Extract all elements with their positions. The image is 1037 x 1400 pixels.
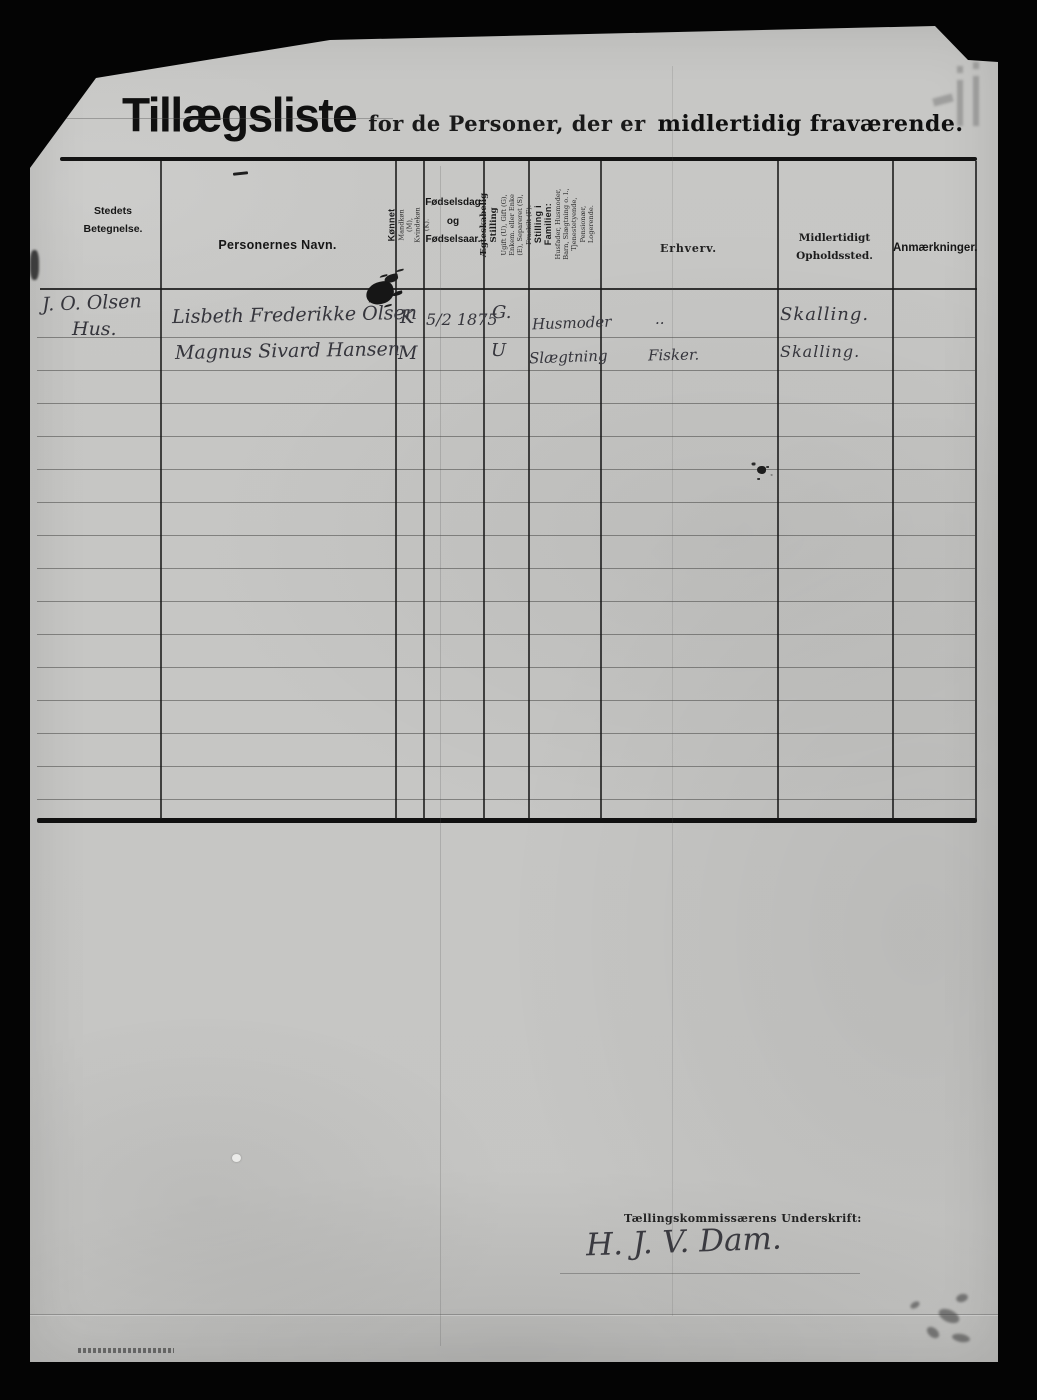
scanned-page: Tillægsliste for de Personer, der er mid… (30, 26, 998, 1362)
cell-marital-status: U (491, 340, 506, 361)
table-ruled-rows (37, 305, 975, 818)
column-line (975, 161, 977, 819)
cell-place-line2: Hus. (72, 318, 117, 340)
stray-pen-mark (233, 171, 248, 176)
cell-sex: K (400, 306, 414, 328)
header-personernes-navn: Personernes Navn. (162, 238, 393, 252)
column-line (892, 161, 894, 819)
smudge-mark (908, 1292, 983, 1356)
cell-occupation: .. (655, 310, 665, 328)
title-subtitle-bold: midlertidig fraværende. (658, 111, 964, 137)
cell-birthdate: 5/2 1875 (426, 310, 498, 329)
fold-line-vertical (672, 66, 673, 1316)
title-subtitle: for de Personer, der er (368, 111, 645, 136)
cell-sex: M (398, 342, 417, 364)
header-erhverv: Erhverv. (602, 242, 775, 255)
paper-speck (232, 1154, 241, 1162)
cell-family-position: Husmoder (532, 313, 612, 334)
signature-handwritten: H. J. V. Dam. (585, 1221, 782, 1264)
cell-name: Lisbeth Frederikke Olsen (172, 302, 417, 328)
header-konnet: Kønnet Mandkøn (M), Kvindekøn (K). (395, 161, 423, 288)
header-familie-sub: Husfader, Husmoder, Barn, Slægtning o. l… (554, 188, 595, 260)
fold-line-vertical (440, 166, 441, 1346)
cell-residence: Skalling. (780, 342, 860, 361)
cell-name: Magnus Sivard Hansen (175, 338, 400, 364)
header-aegteskabelig-stilling: Ægteskabelig Stilling Ugift (U), Gift (G… (483, 161, 528, 288)
cell-occupation: Fisker. (648, 346, 699, 365)
table-header-separator (40, 288, 977, 290)
header-midlertidigt-opholdssted: Midlertidigt Opholdssted. (779, 230, 890, 266)
smudge-mark (30, 250, 39, 280)
title-main: Tillægsliste (122, 87, 356, 143)
cell-place-line1: J. O. Olsen (42, 290, 142, 315)
header-aegteskab-label: Ægteskabelig Stilling (479, 192, 499, 256)
bleed-through-mark (933, 56, 993, 136)
header-anmaerkninger: Anmærkninger. (893, 242, 975, 254)
crease-line (58, 118, 393, 119)
header-konnet-label: Kønnet (387, 207, 397, 242)
crease-line (30, 1314, 998, 1315)
table-bottom-rule (37, 818, 977, 823)
printer-mark (78, 1348, 174, 1353)
cell-marital-status: G. (492, 302, 511, 323)
header-familie-label: Stilling i Familien: (533, 188, 553, 260)
signature-line (560, 1273, 860, 1274)
ink-splatter (757, 466, 766, 474)
column-line (160, 161, 162, 819)
header-stilling-i-familien: Stilling i Familien: Husfader, Husmoder,… (528, 161, 600, 288)
header-stedets-betegnelse: Stedets Betegnelse. (68, 202, 158, 239)
header-fodselsdag: Fødselsdag og Fødselsaar. (424, 194, 482, 250)
page-title: Tillægsliste for de Personer, der er mid… (122, 88, 964, 142)
column-line (600, 161, 602, 819)
column-line (423, 161, 425, 819)
cell-residence: Skalling. (780, 304, 869, 325)
cell-family-position: Slægtning (529, 347, 608, 368)
